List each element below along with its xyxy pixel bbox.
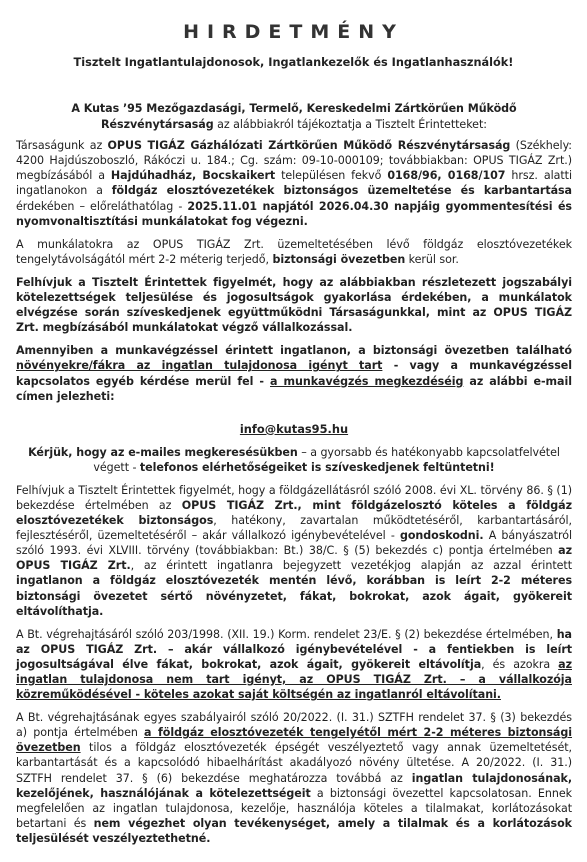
salutation: Tisztelt Ingatlantulajdonosok, Ingatlank…: [0, 56, 587, 69]
text-segment: nem végezhet olyan tevékenységet, amely …: [16, 817, 572, 845]
paragraph-legal-gov-decree: A Bt. végrehajtásáról szóló 203/1998. (X…: [16, 627, 572, 702]
text-segment: Amennyiben a munkavégzéssel érintett ing…: [16, 344, 572, 357]
paragraph-claims: Amennyiben a munkavégzéssel érintett ing…: [16, 343, 572, 403]
text-segment: érdekében – előreláthatólag -: [16, 200, 187, 213]
text-segment: biztonsági övezetben: [272, 253, 405, 266]
text-segment: , és azokra: [481, 658, 558, 671]
text-segment: 0168/96, 0168/107: [387, 169, 505, 182]
text-segment: ingatlanon a földgáz elosztóvezeték ment…: [16, 574, 572, 617]
text-segment: OPUS TIGÁZ Gázhálózati Zártkörűen Működő…: [108, 139, 511, 152]
text-segment: A Bt. végrehajtásáról szóló 203/1998. (X…: [16, 628, 557, 641]
text-segment: növényekre/fákra az ingatlan tulajdonosa…: [16, 359, 382, 372]
document-title: HIRDETMÉNY: [0, 21, 587, 43]
paragraph-cooperation: Felhívjuk a Tisztelt Érintettek figyelmé…: [16, 275, 572, 335]
text-segment: Kérjük, hogy az e-mailes megkeresésükben: [28, 446, 298, 459]
document-body: A Kutas ’95 Mezőgazdasági, Termelő, Kere…: [16, 101, 572, 854]
paragraph-work-notice: Társaságunk az OPUS TIGÁZ Gázhálózati Zá…: [16, 138, 572, 229]
text-segment: , az érintett ingatlanra bejegyzett veze…: [131, 559, 572, 572]
text-segment: Társaságunk az: [16, 139, 108, 152]
text-segment: gondoskodni.: [400, 529, 484, 542]
paragraph-legal-sztfh: A Bt. végrehajtásának egyes szabályairól…: [16, 710, 572, 846]
text-segment: földgáz elosztóvezetékek biztonságos üze…: [112, 184, 572, 197]
paragraph-safety-zone: A munkálatokra az OPUS TIGÁZ Zrt. üzemel…: [16, 237, 572, 267]
text-segment: kerül sor.: [405, 253, 459, 266]
paragraphs-after-email: Kérjük, hogy az e-mailes megkeresésükben…: [16, 445, 572, 846]
notice-page: HIRDETMÉNY Tisztelt Ingatlantulajdonosok…: [0, 0, 587, 862]
paragraph-phone-request: Kérjük, hogy az e-mailes megkeresésükben…: [16, 445, 572, 475]
contact-email-link[interactable]: info@kutas95.hu: [240, 422, 348, 436]
text-segment: településen fekvő: [275, 169, 387, 182]
paragraph-intro: A Kutas ’95 Mezőgazdasági, Termelő, Kere…: [16, 101, 572, 132]
text-segment: a munkavégzés megkezdéséig: [270, 375, 463, 388]
text-segment: Hajdúhadház, Bocskaikert: [111, 169, 275, 182]
text-segment: telefonos elérhetőségeiket is szíveskedj…: [140, 461, 495, 474]
paragraphs-before-email: A Kutas ’95 Mezőgazdasági, Termelő, Kere…: [16, 101, 572, 404]
paragraph-legal-gas-act: Felhívjuk a Tisztelt Érintettek figyelmé…: [16, 483, 572, 619]
contact-email-line: info@kutas95.hu: [16, 422, 572, 436]
text-segment: Felhívjuk a Tisztelt Érintettek figyelmé…: [16, 276, 572, 334]
text-segment: az alábbiakról tájékoztatja a Tisztelt É…: [214, 118, 487, 131]
